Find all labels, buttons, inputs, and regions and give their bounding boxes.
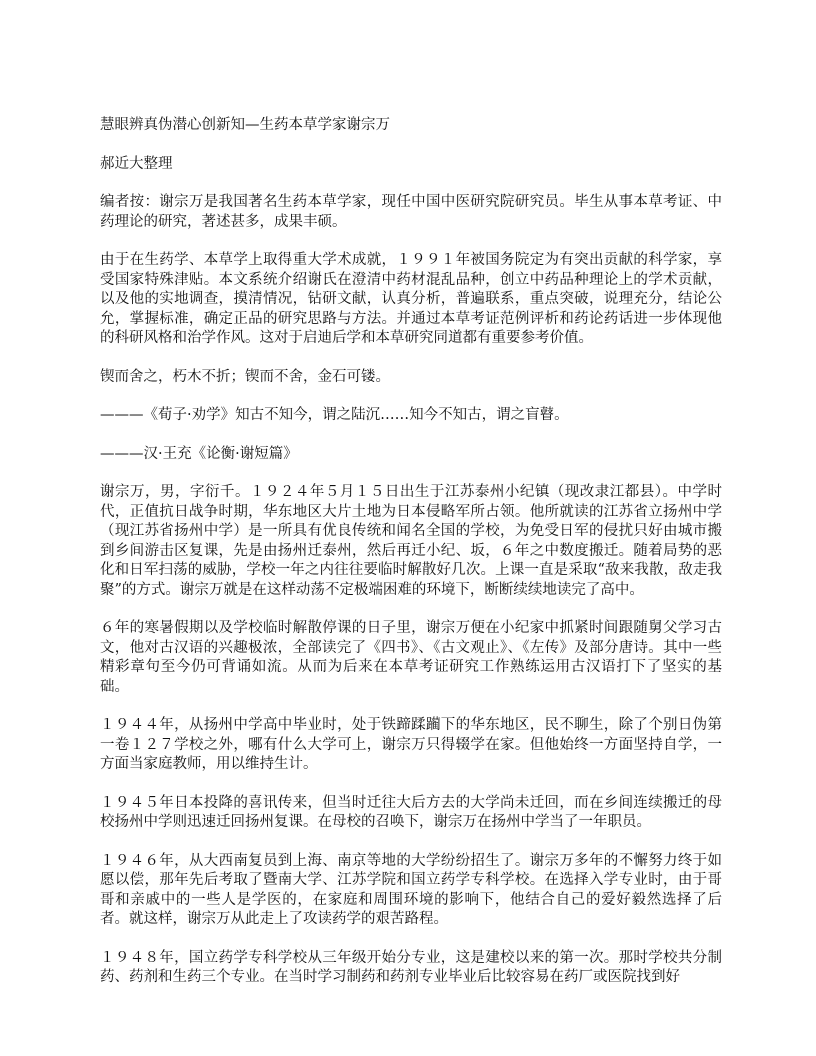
paragraph-editors-note: 编者按：谢宗万是我国著名生药本草学家，现任中国中医研究院研究员。毕生从事本草考证… <box>100 193 722 232</box>
document-content: 慧眼辨真伪潜心创新知—生药本草学家谢宗万 郝近大整理 编者按：谢宗万是我国著名生… <box>100 116 722 1007</box>
paragraph-early-life: 谢宗万，男，字衍千。１９２４年５月１５日出生于江苏泰州小纪镇（现改隶江都县）。中… <box>100 483 722 600</box>
paragraph-1946: １９４６年，从大西南复员到上海、南京等地的大学纷纷招生了。谢宗万多年的不懈努力终… <box>100 852 722 930</box>
quote-perseverance: 锲而舍之，朽木不折；锲而不舍，金石可镂。 <box>100 368 722 388</box>
paragraph-achievements: 由于在生药学、本草学上取得重大学术成就，１９９１年被国务院定为有突出贡献的科学家… <box>100 251 722 349</box>
document-byline: 郝近大整理 <box>100 155 722 175</box>
paragraph-1944: １９４４年，从扬州中学高中毕业时，处于铁蹄蹂躏下的华东地区，民不聊生，除了个别日… <box>100 716 722 775</box>
document-page: 慧眼辨真伪潜心创新知—生药本草学家谢宗万 郝近大整理 编者按：谢宗万是我国著名生… <box>0 0 816 1056</box>
paragraph-1948: １９４８年，国立药学专科学校从三年级开始分专业，这是建校以来的第一次。那时学校共… <box>100 949 722 988</box>
quote-attribution-wangchong: ———汉·王充《论衡·谢短篇》 <box>100 445 722 465</box>
document-title: 慧眼辨真伪潜心创新知—生药本草学家谢宗万 <box>100 116 722 136</box>
paragraph-1945: １９４５年日本投降的喜讯传来，但当时迁往大后方去的大学尚未迁回，而在乡间连续搬迁… <box>100 794 722 833</box>
quote-attribution-xunzi: ———《荀子·劝学》知古不知今，谓之陆沉……知今不知古，谓之盲瞽。 <box>100 406 722 426</box>
paragraph-vacation-study: ６年的寒暑假期以及学校临时解散停课的日子里，谢宗万便在小纪家中抓紧时间跟随舅父学… <box>100 619 722 697</box>
